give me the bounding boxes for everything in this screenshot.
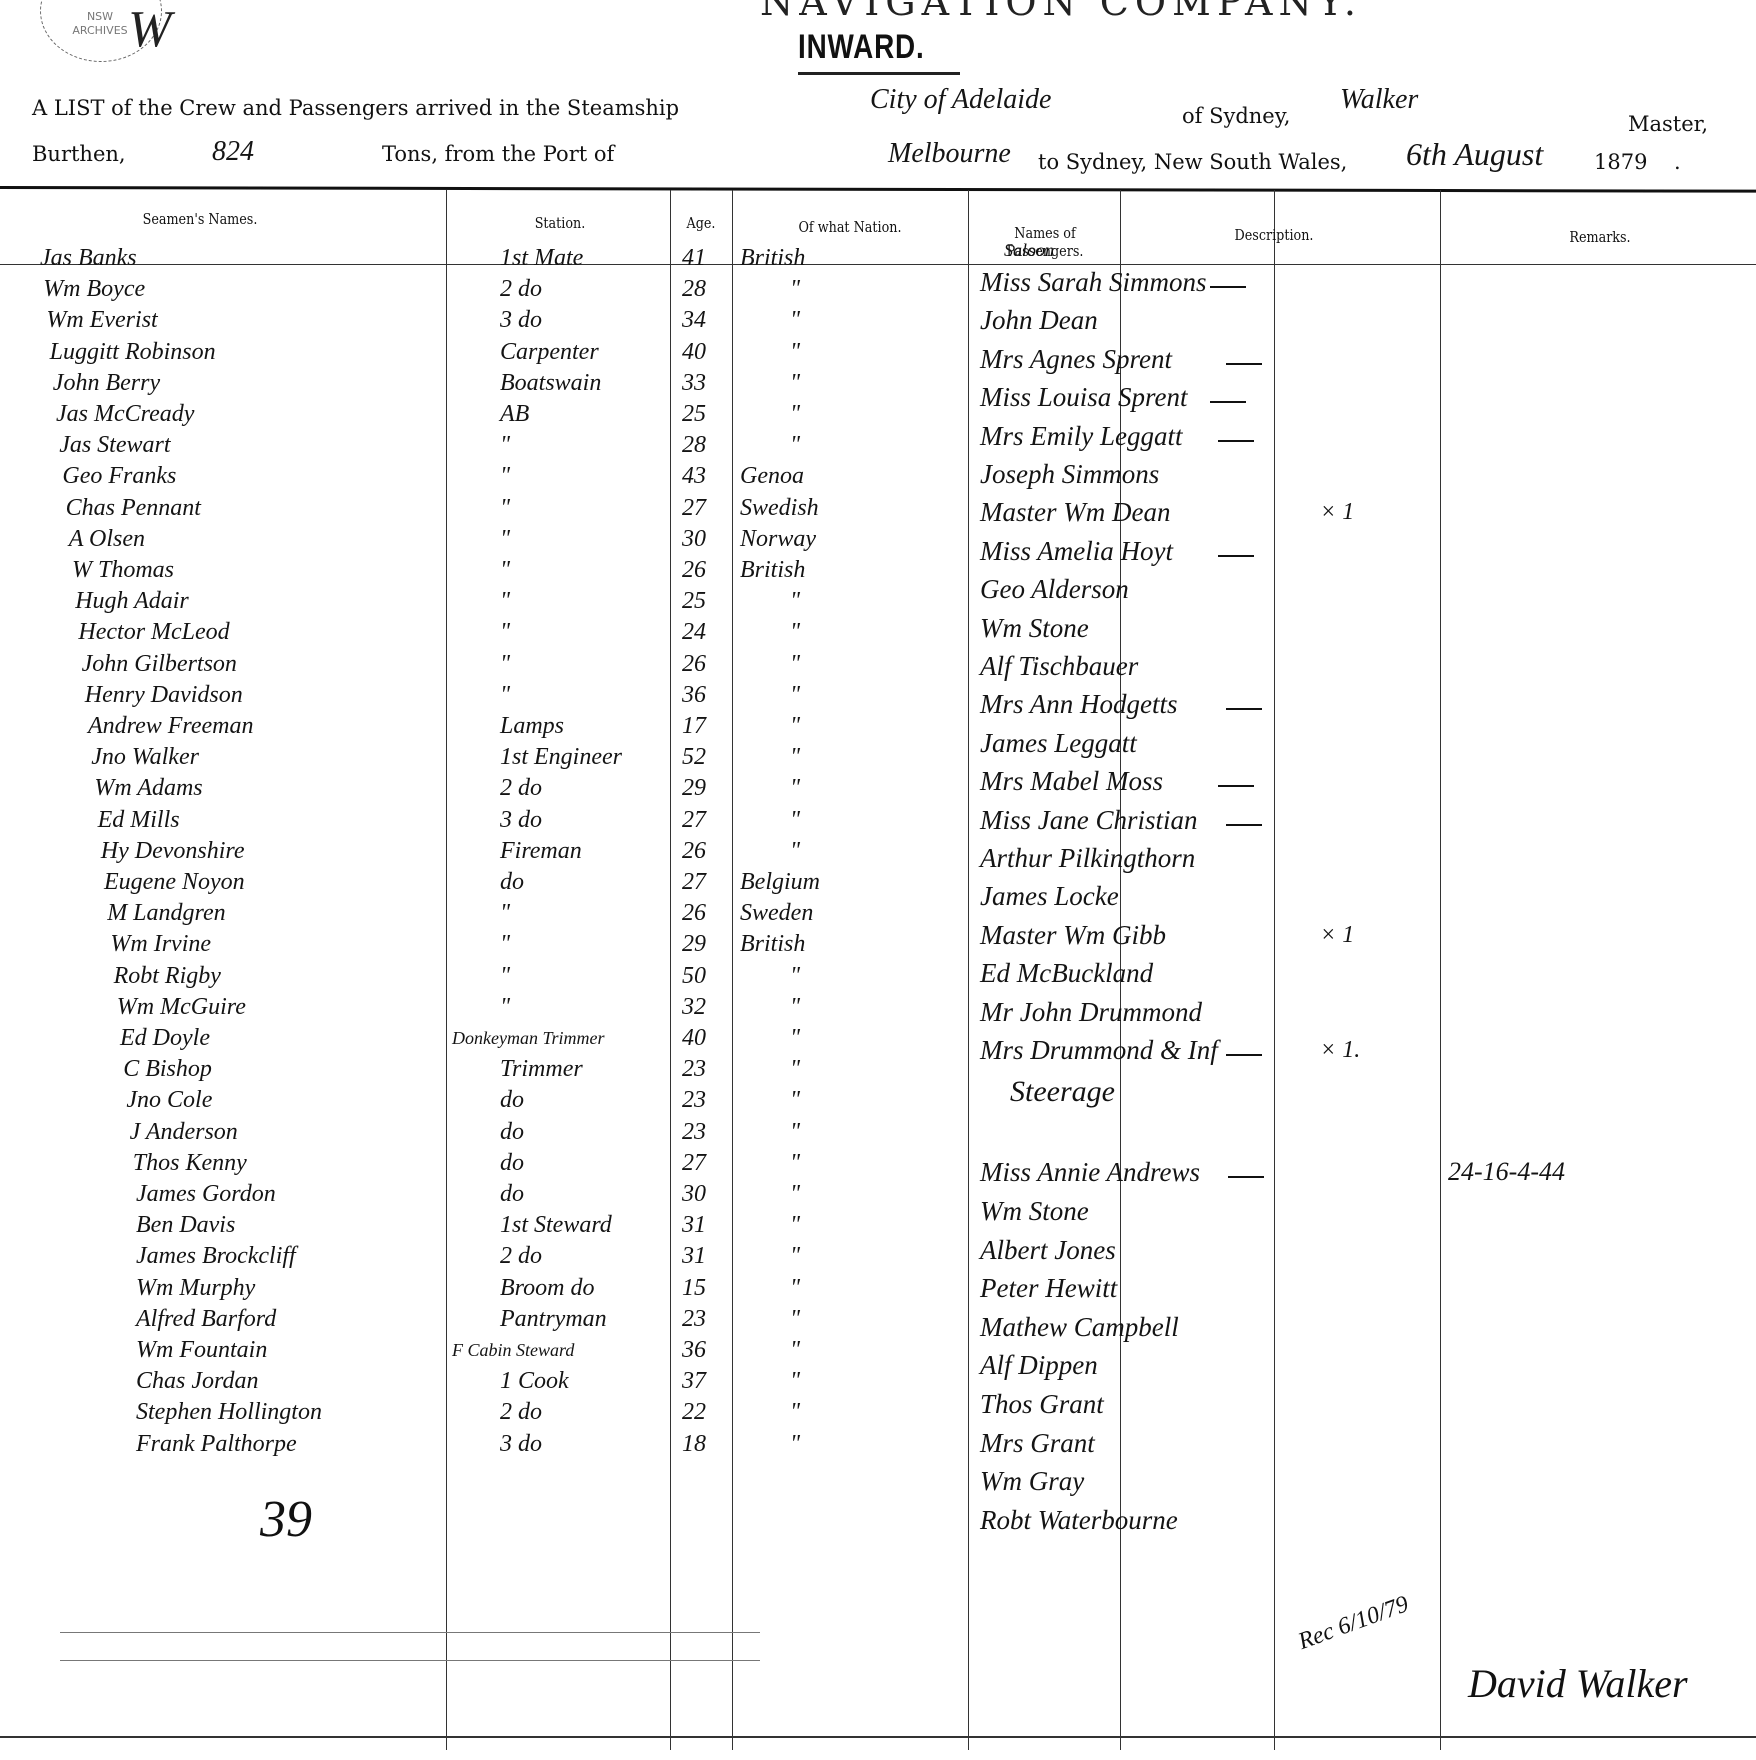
crew-station: Donkeyman Trimmer <box>452 1026 604 1050</box>
crew-nation: " <box>790 1276 800 1300</box>
crew-station: " <box>500 964 510 988</box>
crew-name: Hugh Adair <box>75 589 189 613</box>
crew-name: Hector McLeod <box>78 620 229 644</box>
passenger-name: Miss Louisa Sprent <box>980 385 1188 409</box>
crew-age: 32 <box>682 995 706 1019</box>
description-dash <box>1226 708 1262 710</box>
passenger-name: Mrs Drummond & Inf <box>980 1038 1218 1062</box>
passenger-name: Miss Jane Christian <box>980 808 1198 832</box>
list-heading: A LIST of the Crew and Passengers arrive… <box>32 96 679 120</box>
crew-nation: " <box>790 1244 800 1268</box>
passenger-name: Peter Hewitt <box>980 1276 1117 1300</box>
description-dash <box>1226 824 1262 826</box>
crew-name: Chas Jordan <box>136 1369 258 1393</box>
arrival-year: 1879 <box>1594 150 1647 174</box>
crew-age: 27 <box>682 870 706 894</box>
crew-nation: British <box>740 932 805 956</box>
crew-nation: " <box>790 1213 800 1237</box>
passenger-name: Wm Stone <box>980 1199 1089 1223</box>
passenger-name: Master Wm Dean <box>980 500 1170 524</box>
crew-name: Wm Everist <box>46 308 157 332</box>
crew-station: Boatswain <box>500 371 601 395</box>
crew-station: " <box>500 995 510 1019</box>
header-rule <box>0 186 1756 193</box>
burthen-label: Burthen, <box>32 142 126 166</box>
crew-nation: British <box>740 558 805 582</box>
crew-name: Wm Boyce <box>43 277 145 301</box>
received-note: Rec 6/10/79 <box>1295 1591 1413 1656</box>
crew-name: Henry Davidson <box>85 683 243 707</box>
crew-name: Jno Cole <box>126 1088 212 1112</box>
crew-name: Frank Palthorpe <box>136 1432 297 1456</box>
footer-rule <box>60 1660 760 1661</box>
crew-age: 41 <box>682 246 706 270</box>
company-name: NAVIGATION COMPANY. <box>760 0 1362 24</box>
crew-nation: " <box>790 995 800 1019</box>
crew-name: M Landgren <box>107 901 225 925</box>
crew-age: 33 <box>682 371 706 395</box>
crew-age: 36 <box>682 1338 706 1362</box>
crew-age: 31 <box>682 1213 706 1237</box>
crew-station: 3 do <box>500 808 542 832</box>
crew-nation: " <box>790 652 800 676</box>
col-divider <box>1274 190 1275 1750</box>
description-dash <box>1210 401 1246 403</box>
crew-nation: " <box>790 683 800 707</box>
crew-nation: " <box>790 340 800 364</box>
crew-name: Wm Fountain <box>136 1338 267 1362</box>
crew-station: " <box>500 901 510 925</box>
crew-station: " <box>500 496 510 520</box>
crew-nation: " <box>790 1338 800 1362</box>
crew-nation: Genoa <box>740 464 804 488</box>
direction-title: INWARD. <box>798 28 925 67</box>
crew-nation: " <box>790 1120 800 1144</box>
crew-age: 26 <box>682 839 706 863</box>
crew-name: James Gordon <box>136 1182 276 1206</box>
crew-station: 3 do <box>500 308 542 332</box>
passenger-name: Alf Dippen <box>980 1353 1098 1377</box>
crew-age: 37 <box>682 1369 706 1393</box>
crew-age: 24 <box>682 620 706 644</box>
crew-name: James Brockcliff <box>136 1244 296 1268</box>
col-nation: Of what Nation. <box>753 218 947 236</box>
footer-rule <box>0 1736 1756 1738</box>
crew-age: 23 <box>682 1057 706 1081</box>
crew-age: 36 <box>682 683 706 707</box>
crew-age: 26 <box>682 558 706 582</box>
crew-total: 39 <box>260 1490 312 1549</box>
crew-nation: " <box>790 1026 800 1050</box>
crew-station: Broom do <box>500 1276 594 1300</box>
description-dash <box>1228 1176 1264 1178</box>
crew-name: John Berry <box>53 371 160 395</box>
crew-age: 27 <box>682 496 706 520</box>
crew-name: W Thomas <box>72 558 174 582</box>
description-dash <box>1218 555 1254 557</box>
passenger-name: Miss Sarah Simmons <box>980 270 1207 294</box>
col-description: Description. <box>1147 226 1402 244</box>
passenger-name: James Locke <box>980 884 1119 908</box>
crew-nation: " <box>790 776 800 800</box>
crew-station: do <box>500 1120 524 1144</box>
arrival-date: 6th August <box>1406 136 1543 173</box>
crew-nation: " <box>790 1057 800 1081</box>
crew-age: 40 <box>682 340 706 364</box>
crew-age: 52 <box>682 745 706 769</box>
crew-name: John Gilbertson <box>82 652 237 676</box>
crew-nation: " <box>790 371 800 395</box>
passenger-name: Wm Stone <box>980 616 1089 640</box>
crew-station: 2 do <box>500 776 542 800</box>
crew-age: 25 <box>682 589 706 613</box>
passenger-name: Joseph Simmons <box>980 462 1159 486</box>
col-divider <box>732 190 733 1750</box>
crew-station: " <box>500 683 510 707</box>
crew-nation: " <box>790 1369 800 1393</box>
crew-nation: " <box>790 1088 800 1112</box>
destination-label: to Sydney, New South Wales, <box>1038 150 1347 174</box>
col-remarks: Remarks. <box>1481 228 1719 246</box>
crew-nation: Swedish <box>740 496 819 520</box>
crew-name: A Olsen <box>69 527 145 551</box>
crew-nation: Norway <box>740 527 816 551</box>
crew-nation: " <box>790 1151 800 1175</box>
passenger-class-label: Saloon <box>1004 240 1054 261</box>
crew-nation: " <box>790 308 800 332</box>
crew-station: 2 do <box>500 1400 542 1424</box>
tons-value: 824 <box>212 136 254 168</box>
crew-station: do <box>500 870 524 894</box>
passenger-name: Mrs Emily Leggatt <box>980 424 1183 448</box>
passenger-name: Geo Alderson <box>980 577 1129 601</box>
crew-station: Pantryman <box>500 1307 607 1331</box>
crew-station: " <box>500 558 510 582</box>
crew-station: AB <box>500 402 529 426</box>
col-divider <box>670 190 671 1750</box>
master-name: Walker <box>1340 84 1418 116</box>
crew-nation: " <box>790 277 800 301</box>
crew-name: Hy Devonshire <box>101 839 245 863</box>
passenger-name: Mr John Drummond <box>980 1000 1202 1024</box>
crew-station: " <box>500 932 510 956</box>
crew-name: Ed Doyle <box>120 1026 210 1050</box>
crew-station: 1st Mate <box>500 246 583 270</box>
crew-nation: " <box>790 1307 800 1331</box>
description-dash <box>1210 286 1246 288</box>
stamp-text: NSW ARCHIVES <box>70 10 130 38</box>
crew-station: 1st Steward <box>500 1213 612 1237</box>
col-station: Station. <box>492 214 628 232</box>
passenger-name: Thos Grant <box>980 1392 1104 1416</box>
passenger-mark: × 1 <box>1320 500 1354 524</box>
crew-station: " <box>500 433 510 457</box>
crew-age: 27 <box>682 808 706 832</box>
ship-name: City of Adelaide <box>870 84 1051 116</box>
crew-nation: " <box>790 745 800 769</box>
crew-age: 34 <box>682 308 706 332</box>
passenger-name: Mrs Grant <box>980 1431 1095 1455</box>
passenger-name: Miss Amelia Hoyt <box>980 539 1173 563</box>
of-sydney-label: of Sydney, <box>1182 104 1291 128</box>
passenger-name: Alf Tischbauer <box>980 654 1138 678</box>
crew-name: Geo Franks <box>62 464 176 488</box>
crew-station: Fireman <box>500 839 582 863</box>
crew-nation: " <box>790 1400 800 1424</box>
crew-station: " <box>500 620 510 644</box>
remark-text: 24-16-4-44 <box>1448 1160 1565 1184</box>
crew-age: 22 <box>682 1400 706 1424</box>
crew-station: do <box>500 1088 524 1112</box>
crew-name: Wm McGuire <box>117 995 246 1019</box>
crew-station: 1st Engineer <box>500 745 622 769</box>
col-seamen-names: Seamen's Names. <box>64 210 336 228</box>
description-dash <box>1218 440 1254 442</box>
crew-name: Jno Walker <box>91 745 199 769</box>
passenger-name: John Dean <box>980 308 1098 332</box>
passenger-name: James Leggatt <box>980 731 1137 755</box>
master-label: Master, <box>1628 112 1708 136</box>
port-from: Melbourne <box>888 138 1011 170</box>
crew-station: do <box>500 1182 524 1206</box>
crew-station: do <box>500 1151 524 1175</box>
passenger-name: Master Wm Gibb <box>980 923 1166 947</box>
crew-age: 23 <box>682 1120 706 1144</box>
crew-nation: " <box>790 620 800 644</box>
crew-age: 29 <box>682 776 706 800</box>
year-period: . <box>1674 150 1681 174</box>
crew-station: 2 do <box>500 1244 542 1268</box>
crew-age: 43 <box>682 464 706 488</box>
crew-age: 31 <box>682 1244 706 1268</box>
crew-name: Wm Murphy <box>136 1276 255 1300</box>
crew-age: 26 <box>682 901 706 925</box>
description-dash <box>1226 1054 1262 1056</box>
crew-station: Carpenter <box>500 340 599 364</box>
passenger-mark: × 1 <box>1320 923 1354 947</box>
crew-name: C Bishop <box>123 1057 212 1081</box>
description-dash <box>1218 785 1254 787</box>
passenger-name: Mathew Campbell <box>980 1315 1179 1339</box>
crew-name: Alfred Barford <box>136 1307 276 1331</box>
crew-station: " <box>500 652 510 676</box>
crew-age: 23 <box>682 1088 706 1112</box>
crew-station: " <box>500 527 510 551</box>
master-signature: David Walker <box>1468 1660 1688 1707</box>
passenger-name: Miss Annie Andrews <box>980 1160 1200 1184</box>
crew-station: Lamps <box>500 714 564 738</box>
crew-nation: " <box>790 714 800 738</box>
passenger-name: Mrs Ann Hodgetts <box>980 692 1178 716</box>
crew-nation: British <box>740 246 805 270</box>
crew-station: Trimmer <box>500 1057 583 1081</box>
col-divider <box>446 190 447 1750</box>
crew-station: " <box>500 589 510 613</box>
crew-age: 30 <box>682 1182 706 1206</box>
crew-nation: " <box>790 1182 800 1206</box>
stamp-scrawl: W <box>128 0 171 60</box>
passenger-name: Robt Waterbourne <box>980 1508 1178 1532</box>
crew-age: 30 <box>682 527 706 551</box>
steerage-label: Steerage <box>1010 1080 1115 1104</box>
passenger-mark: × 1. <box>1320 1038 1360 1062</box>
header-underline <box>0 264 1756 265</box>
crew-age: 40 <box>682 1026 706 1050</box>
crew-name: Robt Rigby <box>114 964 221 988</box>
crew-nation: " <box>790 839 800 863</box>
crew-age: 23 <box>682 1307 706 1331</box>
crew-station: 2 do <box>500 277 542 301</box>
crew-station: 3 do <box>500 1432 542 1456</box>
crew-name: Ben Davis <box>136 1213 235 1237</box>
crew-nation: " <box>790 402 800 426</box>
col-age: Age. <box>676 214 725 232</box>
crew-nation: Sweden <box>740 901 813 925</box>
crew-age: 27 <box>682 1151 706 1175</box>
crew-nation: " <box>790 964 800 988</box>
title-rule <box>798 72 960 75</box>
crew-name: Wm Adams <box>94 776 202 800</box>
crew-name: Jas Stewart <box>59 433 170 457</box>
crew-name: Jas McCready <box>56 402 194 426</box>
crew-age: 50 <box>682 964 706 988</box>
passenger-name: Albert Jones <box>980 1238 1116 1262</box>
crew-age: 26 <box>682 652 706 676</box>
col-divider <box>968 190 969 1750</box>
crew-station: F Cabin Steward <box>452 1338 574 1362</box>
crew-name: Wm Irvine <box>110 932 211 956</box>
crew-name: Stephen Hollington <box>136 1400 322 1424</box>
crew-name: Thos Kenny <box>133 1151 247 1175</box>
crew-age: 18 <box>682 1432 706 1456</box>
crew-name: J Anderson <box>130 1120 238 1144</box>
crew-nation: " <box>790 808 800 832</box>
crew-nation: " <box>790 433 800 457</box>
crew-name: Andrew Freeman <box>88 714 254 738</box>
description-dash <box>1226 363 1262 365</box>
passenger-name: Arthur Pilkingthorn <box>980 846 1195 870</box>
passenger-name: Mrs Mabel Moss <box>980 769 1163 793</box>
crew-age: 25 <box>682 402 706 426</box>
footer-rule <box>60 1632 760 1633</box>
crew-name: Ed Mills <box>98 808 180 832</box>
crew-name: Eugene Noyon <box>104 870 245 894</box>
crew-nation: " <box>790 1432 800 1456</box>
crew-nation: " <box>790 589 800 613</box>
crew-name: Jas Banks <box>40 246 137 270</box>
crew-name: Luggitt Robinson <box>50 340 216 364</box>
crew-station: 1 Cook <box>500 1369 569 1393</box>
crew-name: Chas Pennant <box>66 496 201 520</box>
col-divider <box>1440 190 1441 1750</box>
crew-age: 28 <box>682 277 706 301</box>
crew-age: 29 <box>682 932 706 956</box>
passenger-name: Wm Gray <box>980 1469 1084 1493</box>
crew-station: " <box>500 464 510 488</box>
passenger-name: Mrs Agnes Sprent <box>980 347 1172 371</box>
crew-nation: Belgium <box>740 870 820 894</box>
tons-label: Tons, from the Port of <box>382 142 614 166</box>
passenger-name: Ed McBuckland <box>980 961 1153 985</box>
crew-age: 17 <box>682 714 706 738</box>
crew-age: 28 <box>682 433 706 457</box>
crew-age: 15 <box>682 1276 706 1300</box>
